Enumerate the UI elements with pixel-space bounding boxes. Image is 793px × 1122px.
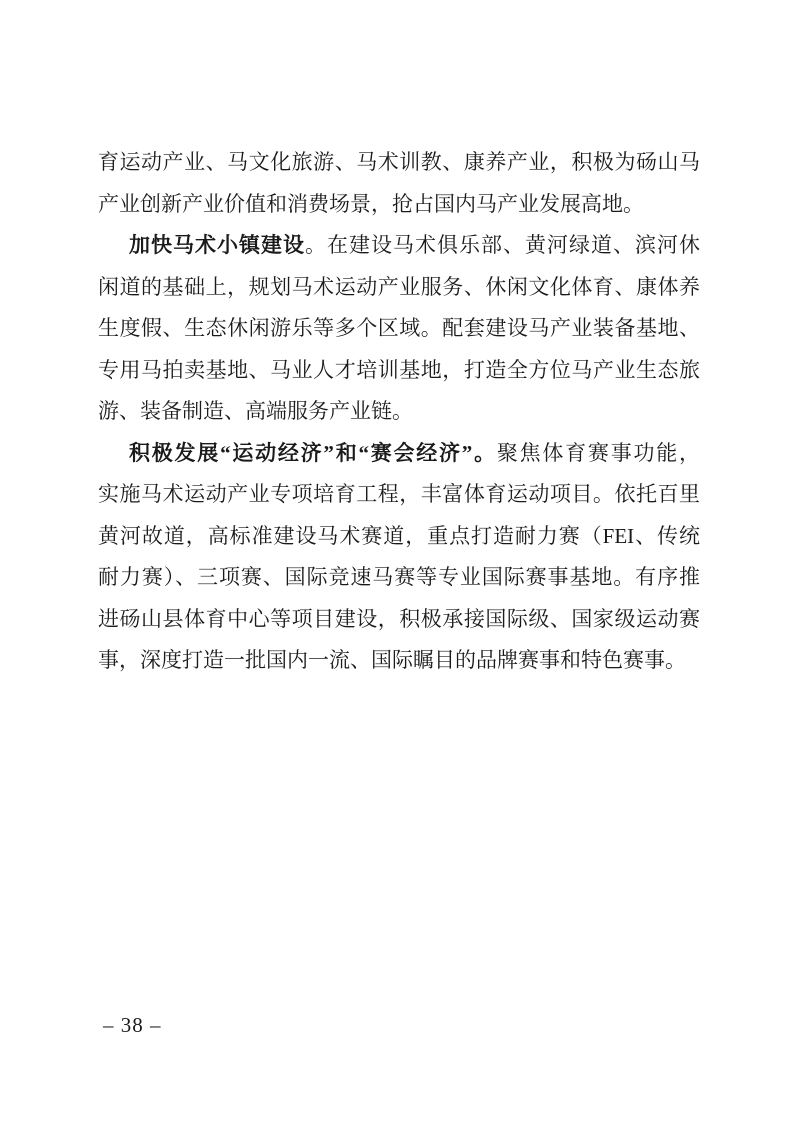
text-run: 。在建设马术俱乐部、黄河绿道、滨河休 — [305, 233, 700, 257]
text-line: 专用马拍卖基地、马业人才培训基地，打造全方位马产业生态旅 — [98, 350, 700, 392]
page-number: – 38 – — [103, 1012, 162, 1038]
text-run: 进砀山县体育中心等项目建设，积极承接国际级、国家级运动赛 — [98, 607, 700, 631]
paragraph: 积极发展“运动经济”和“赛会经济”。聚焦体育赛事功能，实施马术运动产业专项培育工… — [98, 433, 700, 682]
bold-run: 积极发展“运动经济”和“赛会经济”。 — [129, 441, 497, 465]
text-line: 积极发展“运动经济”和“赛会经济”。聚焦体育赛事功能， — [98, 433, 700, 475]
text-run: 实施马术运动产业专项培育工程，丰富体育运动项目。依托百里 — [98, 482, 700, 506]
text-line: 事，深度打造一批国内一流、国际瞩目的品牌赛事和特色赛事。 — [98, 640, 700, 682]
text-run: 生度假、生态休闲游乐等多个区域。配套建设马产业装备基地、 — [98, 316, 700, 340]
document-body: 育运动产业、马文化旅游、马术训教、康养产业，积极为砀山马产业创新产业价值和消费场… — [98, 142, 700, 682]
text-line: 黄河故道，高标准建设马术赛道，重点打造耐力赛（FEI、传统 — [98, 516, 700, 558]
text-line: 生度假、生态休闲游乐等多个区域。配套建设马产业装备基地、 — [98, 308, 700, 350]
bold-run: 加快马术小镇建设 — [129, 233, 305, 257]
text-line: 加快马术小镇建设。在建设马术俱乐部、黄河绿道、滨河休 — [98, 225, 700, 267]
text-run: 事，深度打造一批国内一流、国际瞩目的品牌赛事和特色赛事。 — [98, 648, 686, 672]
text-line: 耐力赛）、三项赛、国际竞速马赛等专业国际赛事基地。有序推 — [98, 557, 700, 599]
text-line: 实施马术运动产业专项培育工程，丰富体育运动项目。依托百里 — [98, 474, 700, 516]
text-run: 闲道的基础上，规划马术运动产业服务、休闲文化体育、康体养 — [98, 275, 700, 299]
text-run: 育运动产业、马文化旅游、马术训教、康养产业，积极为砀山马 — [98, 150, 700, 174]
paragraph: 加快马术小镇建设。在建设马术俱乐部、黄河绿道、滨河休闲道的基础上，规划马术运动产… — [98, 225, 700, 433]
text-run: 耐力赛）、三项赛、国际竞速马赛等专业国际赛事基地。有序推 — [98, 565, 700, 589]
text-run: 游、装备制造、高端服务产业链。 — [98, 399, 413, 423]
text-run: 产业创新产业价值和消费场景，抢占国内马产业发展高地。 — [98, 192, 644, 216]
text-run: 聚焦体育赛事功能， — [497, 441, 700, 465]
text-run: 黄河故道，高标准建设马术赛道，重点打造耐力赛（FEI、传统 — [98, 524, 700, 548]
document-page: 育运动产业、马文化旅游、马术训教、康养产业，积极为砀山马产业创新产业价值和消费场… — [0, 0, 793, 1122]
text-line: 产业创新产业价值和消费场景，抢占国内马产业发展高地。 — [98, 184, 700, 226]
text-line: 育运动产业、马文化旅游、马术训教、康养产业，积极为砀山马 — [98, 142, 700, 184]
text-line: 游、装备制造、高端服务产业链。 — [98, 391, 700, 433]
paragraph: 育运动产业、马文化旅游、马术训教、康养产业，积极为砀山马产业创新产业价值和消费场… — [98, 142, 700, 225]
text-line: 闲道的基础上，规划马术运动产业服务、休闲文化体育、康体养 — [98, 267, 700, 309]
text-run: 专用马拍卖基地、马业人才培训基地，打造全方位马产业生态旅 — [98, 358, 700, 382]
text-line: 进砀山县体育中心等项目建设，积极承接国际级、国家级运动赛 — [98, 599, 700, 641]
